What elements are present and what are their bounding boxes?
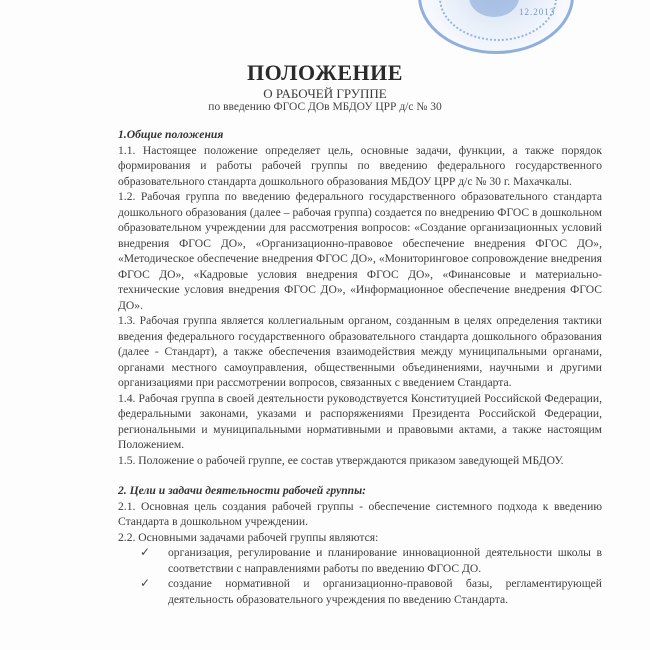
task-text: создание нормативной и организационно-пр…	[168, 577, 602, 606]
paragraph-1-1: 1.1. Настоящее положение определяет цель…	[118, 143, 602, 190]
task-text: организация, регулирование и планировани…	[168, 546, 602, 575]
scanned-document-page: 12.2013 ПОЛОЖЕНИЕ О РАБОЧЕЙ ГРУППЕ по вв…	[0, 0, 650, 650]
document-subtitle-detail: по введению ФГОС ДОв МБДОУ ЦРР д/с № 30	[0, 101, 650, 113]
task-list: ✓ организация, регулирование и планирова…	[118, 545, 602, 607]
task-list-item: ✓ создание нормативной и организационно-…	[118, 576, 602, 607]
checkmark-icon: ✓	[140, 576, 150, 592]
paragraph-1-3: 1.3. Рабочая группа является коллегиальн…	[118, 313, 602, 391]
paragraph-2-1: 2.1. Основная цель создания рабочей груп…	[118, 499, 602, 530]
document-title: ПОЛОЖЕНИЕ	[0, 60, 650, 86]
paragraph-1-5: 1.5. Положение о рабочей группе, ее сост…	[118, 453, 602, 469]
document-subtitle: О РАБОЧЕЙ ГРУППЕ	[0, 86, 650, 102]
checkmark-icon: ✓	[140, 545, 150, 561]
official-stamp: 12.2013	[418, 0, 574, 54]
task-list-item: ✓ организация, регулирование и планирова…	[118, 545, 602, 576]
paragraph-1-2: 1.2. Рабочая группа по введению федераль…	[118, 189, 602, 313]
paragraph-2-2: 2.2. Основными задачами рабочей группы я…	[118, 530, 602, 546]
paragraph-1-4: 1.4. Рабочая группа в своей деятельности…	[118, 391, 602, 453]
section-heading-general: 1.Общие положения	[118, 127, 602, 143]
stamp-date: 12.2013	[519, 7, 555, 17]
document-body: 1.Общие положения 1.1. Настоящее положен…	[118, 127, 602, 607]
section-heading-goals: 2. Цели и задачи деятельности рабочей гр…	[118, 483, 602, 499]
